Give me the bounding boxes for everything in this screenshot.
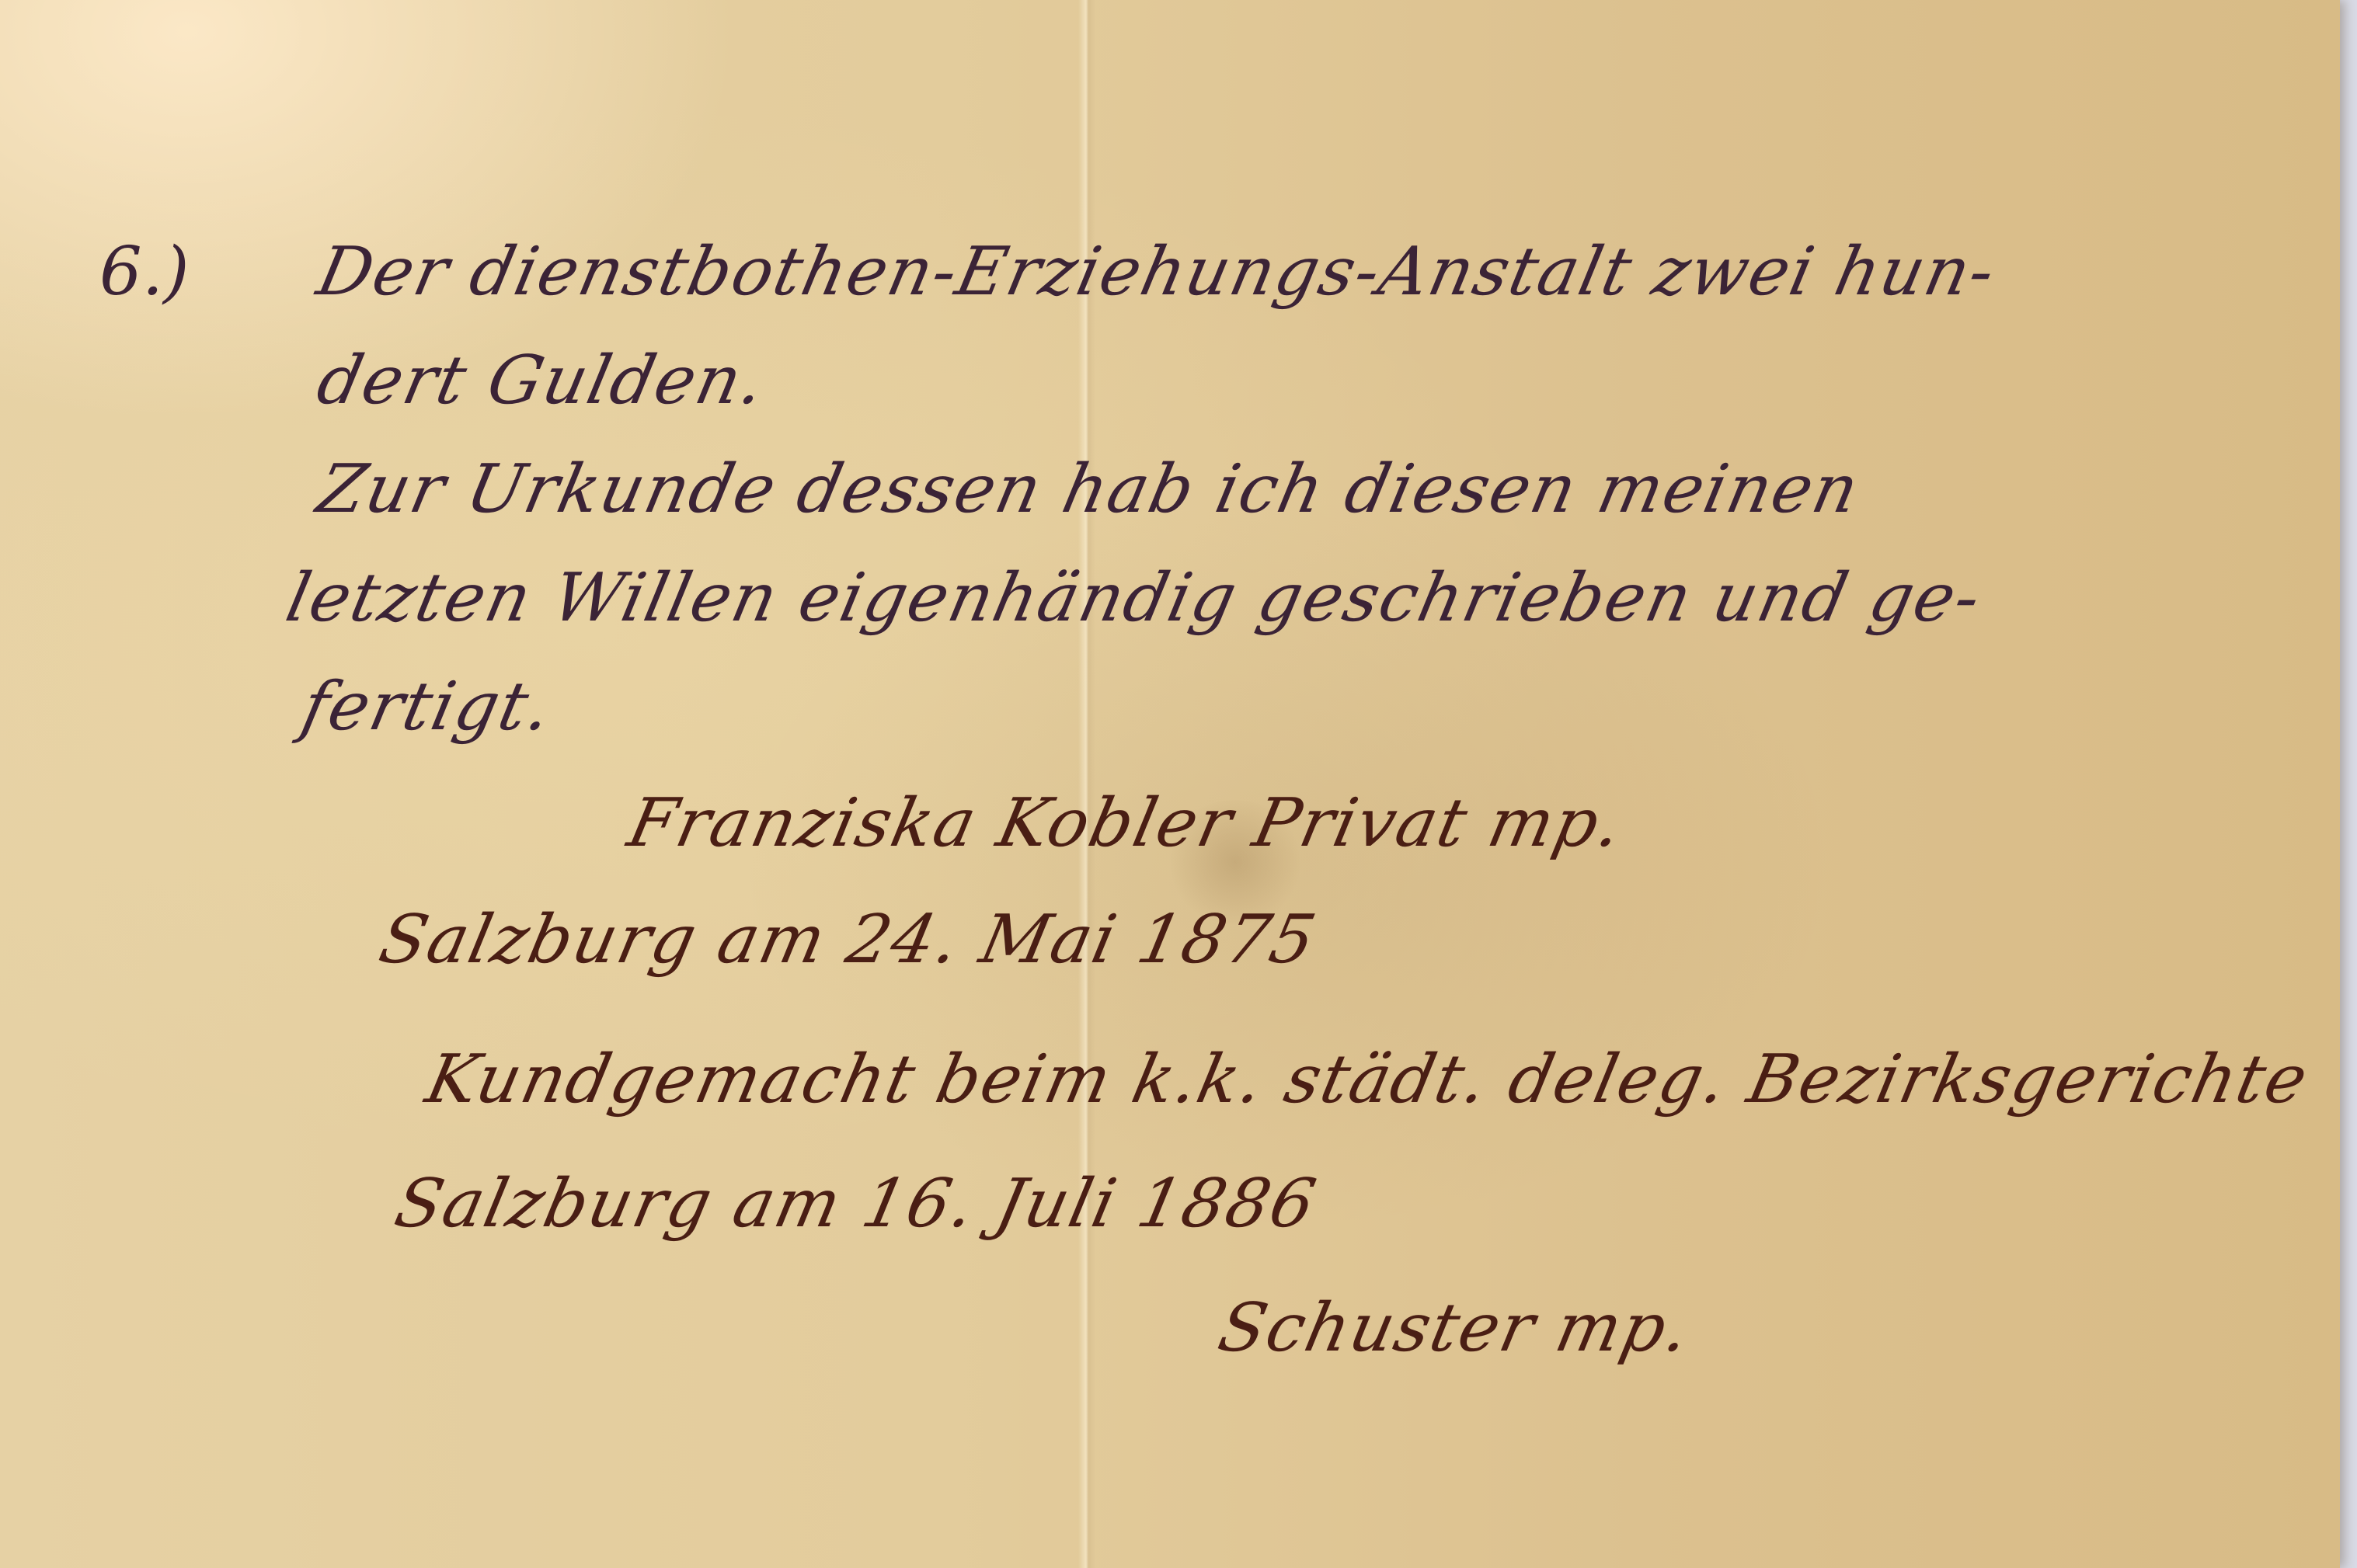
body-line-4: letzten Willen eigenhändig geschrieben u… xyxy=(280,559,1988,637)
official-signature: Schuster mp. xyxy=(1212,1289,1697,1367)
body-line-2: dert Gulden. xyxy=(311,342,772,419)
body-line-5: fertigt. xyxy=(295,668,559,746)
publication-note: Kundgemacht beim k.k. städt. deleg. Bezi… xyxy=(420,1041,2315,1118)
body-line-3: Zur Urkunde dessen hab ich diesen meinen xyxy=(311,450,1867,528)
document-sheet: 6.) Der dienstbothen-Erziehungs-Anstalt … xyxy=(0,0,2340,1568)
item-marker: 6.) xyxy=(99,233,190,311)
will-date: Salzburg am 24. Mai 1875 xyxy=(373,901,1324,979)
publication-date: Salzburg am 16. Juli 1886 xyxy=(388,1165,1324,1243)
testator-signature: Franziska Kobler Privat mp. xyxy=(621,784,1630,862)
body-line-1: Der dienstbothen-Erziehungs-Anstalt zwei… xyxy=(311,233,2003,311)
